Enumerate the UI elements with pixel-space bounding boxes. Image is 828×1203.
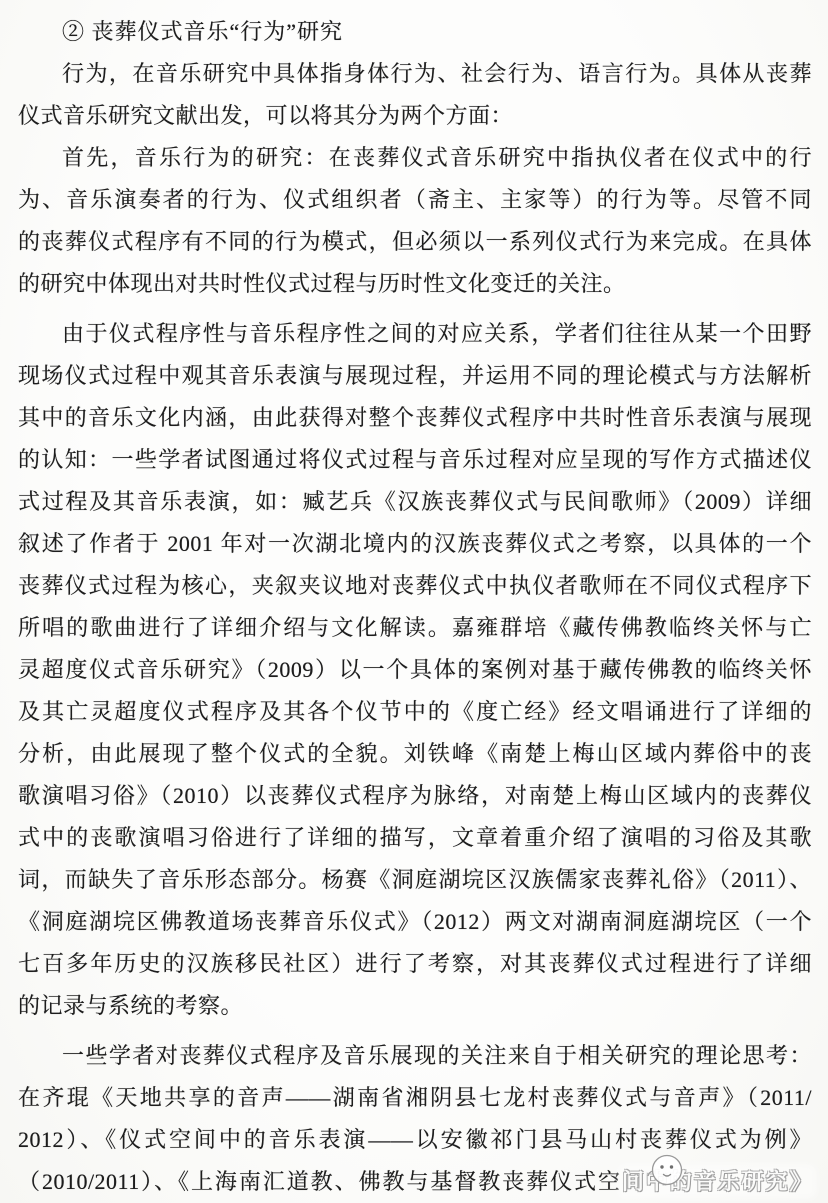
scanned-document-page: ② 丧葬仪式音乐“行为”研究行为，在音乐研究中具体指身体行为、社会行为、语言行为… bbox=[0, 0, 828, 1203]
text-line: 式中的丧歌演唱习俗进行了详细的描写，文章着重介绍了演唱的习俗及其歌 bbox=[18, 817, 812, 859]
text-run: （2010/2011）、《上海南汇道教、佛教与基督教丧葬仪式空 bbox=[18, 1169, 622, 1194]
text-line: 《洞庭湖垸区佛教道场丧葬音乐仪式》（2012）两文对湖南洞庭湖垸区（一个 bbox=[18, 901, 812, 943]
text-line: 现场仪式过程中观其音乐表演与展现过程，并运用不同的理论模式与方法解析 bbox=[18, 355, 812, 397]
text-line: 2012）、《仪式空间中的音乐表演——以安徽祁门县马山村丧葬仪式为例》 bbox=[18, 1119, 812, 1161]
text-line: 丧葬仪式过程为核心，夹叙夹议地对丧葬仪式中执仪者歌师在不同仪式程序下 bbox=[18, 565, 812, 607]
text-line: 行为，在音乐研究中具体指身体行为、社会行为、语言行为。具体从丧葬 bbox=[18, 53, 812, 95]
text-line: 的研究中体现出对共时性仪式过程与历时性文化变迁的关注。 bbox=[18, 263, 812, 305]
text-line: 仪式音乐研究文献出发，可以将其分为两个方面： bbox=[18, 95, 812, 137]
para-ritual-procedure-studies: 由于仪式程序性与音乐程序性之间的对应关系，学者们往往从某一个田野现场仪式过程中观… bbox=[18, 313, 812, 1027]
text-line: 在齐琨《天地共享的音声——湖南省湘阴县七龙村丧葬仪式与音声》（2011/ bbox=[18, 1077, 812, 1119]
text-line: 七百多年历史的汉族移民社区）进行了考察，对其丧葬仪式过程进行了详细 bbox=[18, 943, 812, 985]
text-line: 的认知：一些学者试图通过将仪式过程与音乐过程对应呈现的写作方式描述仪 bbox=[18, 439, 812, 481]
text-line: 歌演唱习俗》（2010）以丧葬仪式程序为脉络，对南楚上梅山区域内的丧葬仪 bbox=[18, 775, 812, 817]
text-line: 词，而缺失了音乐形态部分。杨赛《洞庭湖垸区汉族儒家丧葬礼俗》（2011）、 bbox=[18, 859, 812, 901]
document-body: ② 丧葬仪式音乐“行为”研究行为，在音乐研究中具体指身体行为、社会行为、语言行为… bbox=[18, 11, 812, 1203]
text-line: 由于仪式程序性与音乐程序性之间的对应关系，学者们往往从某一个田野 bbox=[18, 313, 812, 355]
para-behavior-definition: 行为，在音乐研究中具体指身体行为、社会行为、语言行为。具体从丧葬仪式音乐研究文献… bbox=[18, 53, 812, 137]
text-line: （2010/2011）、《上海南汇道教、佛教与基督教丧葬仪式空间中的音乐研究》 bbox=[18, 1161, 812, 1203]
section-heading: ② 丧葬仪式音乐“行为”研究 bbox=[18, 11, 812, 53]
text-line: 分析，由此展现了整个仪式的全貌。刘铁峰《南楚上梅山区域内葬俗中的丧 bbox=[18, 733, 812, 775]
watermark-face-icon bbox=[646, 1150, 686, 1190]
text-line: 首先，音乐行为的研究：在丧葬仪式音乐研究中指执仪者在仪式中的行 bbox=[18, 137, 812, 179]
text-line: 式过程及其音乐表演，如：臧艺兵《汉族丧葬仪式与民间歌师》（2009）详细 bbox=[18, 481, 812, 523]
text-line: 为、音乐演奏者的行为、仪式组织者（斋主、主家等）的行为等。尽管不同 bbox=[18, 179, 812, 221]
text-line: 的记录与系统的考察。 bbox=[18, 985, 812, 1027]
text-line: 灵超度仪式音乐研究》（2009）以一个具体的案例对基于藏传佛教的临终关怀 bbox=[18, 649, 812, 691]
text-line: 及其亡灵超度仪式程序及其各个仪节中的《度亡经》经文唱诵进行了详细的 bbox=[18, 691, 812, 733]
text-line: 一些学者对丧葬仪式程序及音乐展现的关注来自于相关研究的理论思考： bbox=[18, 1035, 812, 1077]
text-line: 其中的音乐文化内涵，由此获得对整个丧葬仪式程序中共时性音乐表演与展现 bbox=[18, 397, 812, 439]
text-line: 的丧葬仪式程序有不同的行为模式，但必须以一系列仪式行为来完成。在具体 bbox=[18, 221, 812, 263]
para-music-behavior-research: 首先，音乐行为的研究：在丧葬仪式音乐研究中指执仪者在仪式中的行为、音乐演奏者的行… bbox=[18, 137, 812, 305]
para-theoretical-reflection: 一些学者对丧葬仪式程序及音乐展现的关注来自于相关研究的理论思考：在齐琨《天地共享… bbox=[18, 1035, 812, 1203]
text-line: 所唱的歌曲进行了详细介绍与文化解读。嘉雍群培《藏传佛教临终关怀与亡 bbox=[18, 607, 812, 649]
heading-paragraph: ② 丧葬仪式音乐“行为”研究 bbox=[18, 11, 812, 53]
text-line: 叙述了作者于 2001 年对一次湖北境内的汉族丧葬仪式之考察，以具体的一个 bbox=[18, 523, 812, 565]
